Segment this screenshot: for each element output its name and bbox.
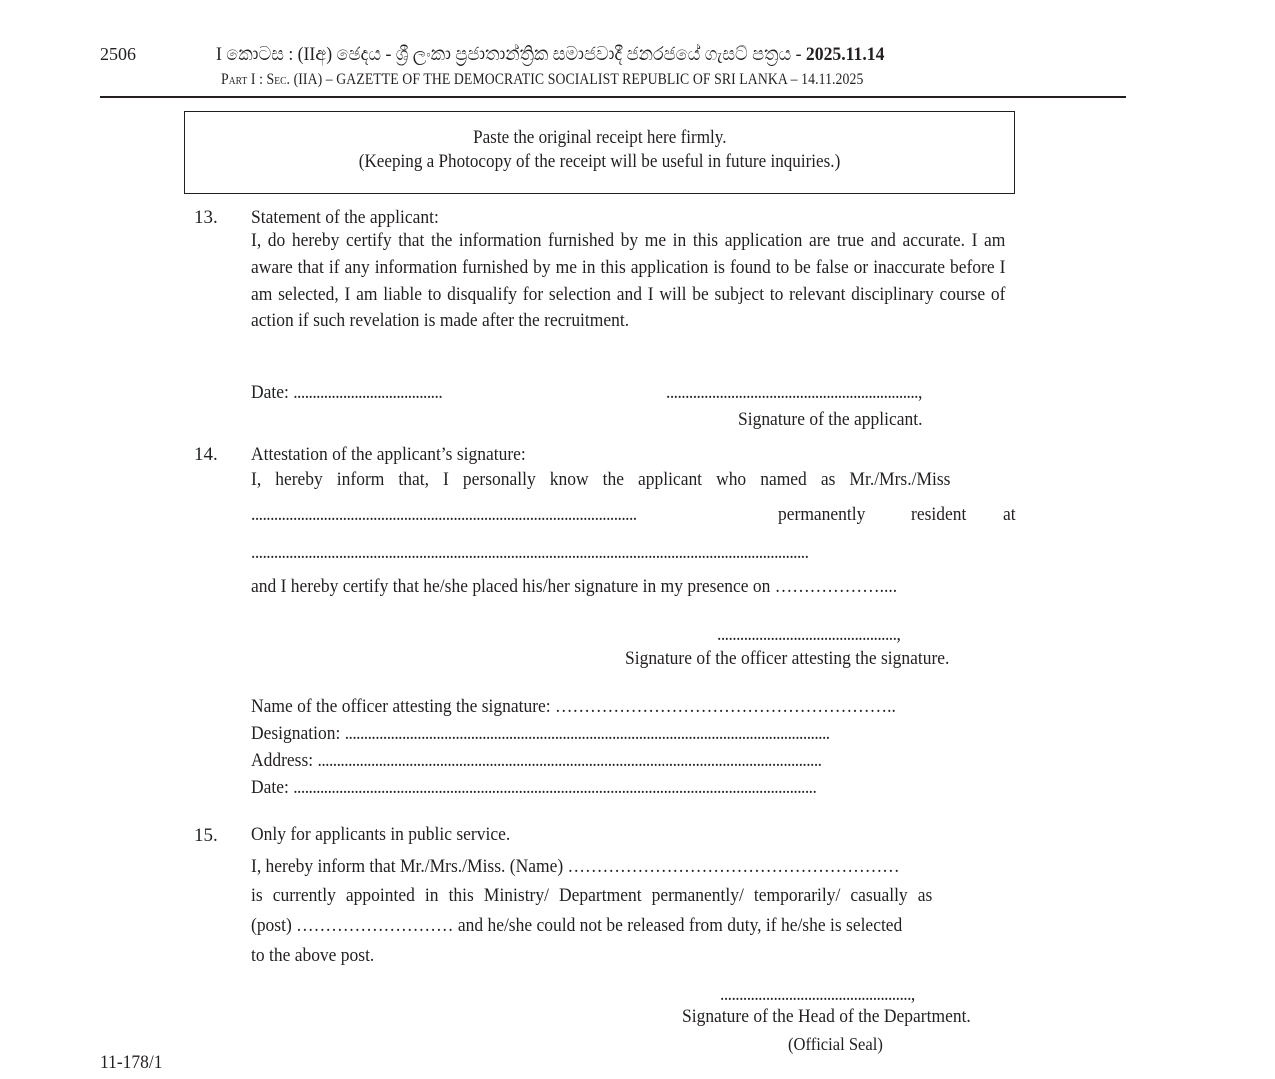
designation-blank[interactable]: ........................................… [345,723,830,744]
applicant-date-field: Date: ..................................… [251,382,459,404]
section-13-title: Statement of the applicant: [251,207,455,229]
section-15-line-2: is currently appointed in this Ministry/… [251,885,992,907]
section-14-line-1: I, hereby inform that, I personally know… [251,469,1026,491]
designation-label: Designation: [251,723,345,744]
page-number: 2506 [100,44,136,65]
officer-name-blank[interactable]: ………………………………………………….. [555,696,896,717]
gazette-title: (IIA) – GAZETTE OF THE DEMOCRATIC SOCIAL… [290,71,863,88]
at-word: at [1003,504,1017,526]
resident-word: resident [911,504,971,526]
section-15-line-4: to the above post. [251,945,385,967]
applicant-signature-label: Signature of the applicant. [738,409,939,431]
receipt-instruction: Paste the original receipt here firmly. [185,127,1014,149]
designation-field: Designation: ...........................… [251,723,880,745]
header-english-title: Part I : Sec. (IIA) – GAZETTE OF THE DEM… [221,71,968,89]
applicant-signature-blank[interactable]: ........................................… [666,382,944,404]
section-15-title: Only for applicants in public service. [251,824,533,846]
release-statement: and he/she could not be released from du… [453,915,902,936]
section-13-number: 13. [194,207,218,229]
address-field: Address: ...............................… [251,750,871,772]
head-signature-label: Signature of the Head of the Department. [682,1006,996,1028]
applicant-name-blank[interactable]: ........................................… [251,504,637,526]
receipt-note: (Keeping a Photocopy of the receipt will… [185,151,1014,173]
officer-date-label: Date: [251,777,293,798]
section-14-line-2: ........................................… [251,504,1021,526]
officer-signature-label: Signature of the officer attesting the s… [625,648,978,670]
header-divider [100,96,1126,98]
part-label: Part [221,71,247,88]
officer-date-field: Date: ..................................… [251,777,865,799]
official-seal-label: (Official Seal) [788,1034,891,1055]
section-15-number: 15. [194,825,218,847]
section-14-title: Attestation of the applicant’s signature… [251,444,550,466]
head-signature-blank[interactable]: ........................................… [720,984,932,1006]
footer-code: 11-178/1 [100,1052,168,1074]
section-15-line-3: (post) ……………………… and he/she could not be… [251,915,959,937]
employee-name-blank[interactable]: ………………………………………………… [568,856,900,877]
section-13-statement: I, do hereby certify that the informatio… [251,228,1005,335]
post-blank[interactable]: ……………………… [296,915,453,936]
presence-date-blank[interactable]: ……………….... [775,576,897,597]
officer-name-label: Name of the officer attesting the signat… [251,696,555,717]
permanently-word: permanently [778,504,873,526]
applicant-address-blank[interactable]: ........................................… [251,542,857,564]
applicant-date-blank[interactable]: ....................................... [293,382,442,403]
address-label: Address: [251,750,318,771]
officer-date-blank[interactable]: ........................................… [293,777,816,798]
sinhala-title-text: I කොටස : (IIඅ) ඡෙදය - ශ්‍රී ලංකා ප්‍රජාත… [216,44,806,65]
section-15-line-1: I, hereby inform that Mr./Mrs./Miss. (Na… [251,856,956,878]
address-blank[interactable]: ........................................… [318,750,822,771]
part-number: I : [247,71,266,88]
officer-name-field: Name of the officer attesting the signat… [251,696,952,718]
post-prefix: (post) [251,915,296,936]
header-sinhala-title: I කොටස : (IIඅ) ඡෙදය - ශ්‍රී ලංකා ප්‍රජාත… [216,44,935,66]
officer-signature-blank[interactable]: ........................................… [717,624,916,646]
sec-label: Sec. [267,71,291,88]
employee-name-statement: I, hereby inform that Mr./Mrs./Miss. (Na… [251,856,568,877]
presence-statement: and I hereby certify that he/she placed … [251,576,775,597]
applicant-date-label: Date: [251,382,293,403]
receipt-paste-box: Paste the original receipt here firmly. … [184,111,1015,194]
sinhala-date: 2025.11.14 [806,44,885,65]
section-14-line-3: and I hereby certify that he/she placed … [251,576,953,598]
section-14-number: 14. [194,444,218,466]
